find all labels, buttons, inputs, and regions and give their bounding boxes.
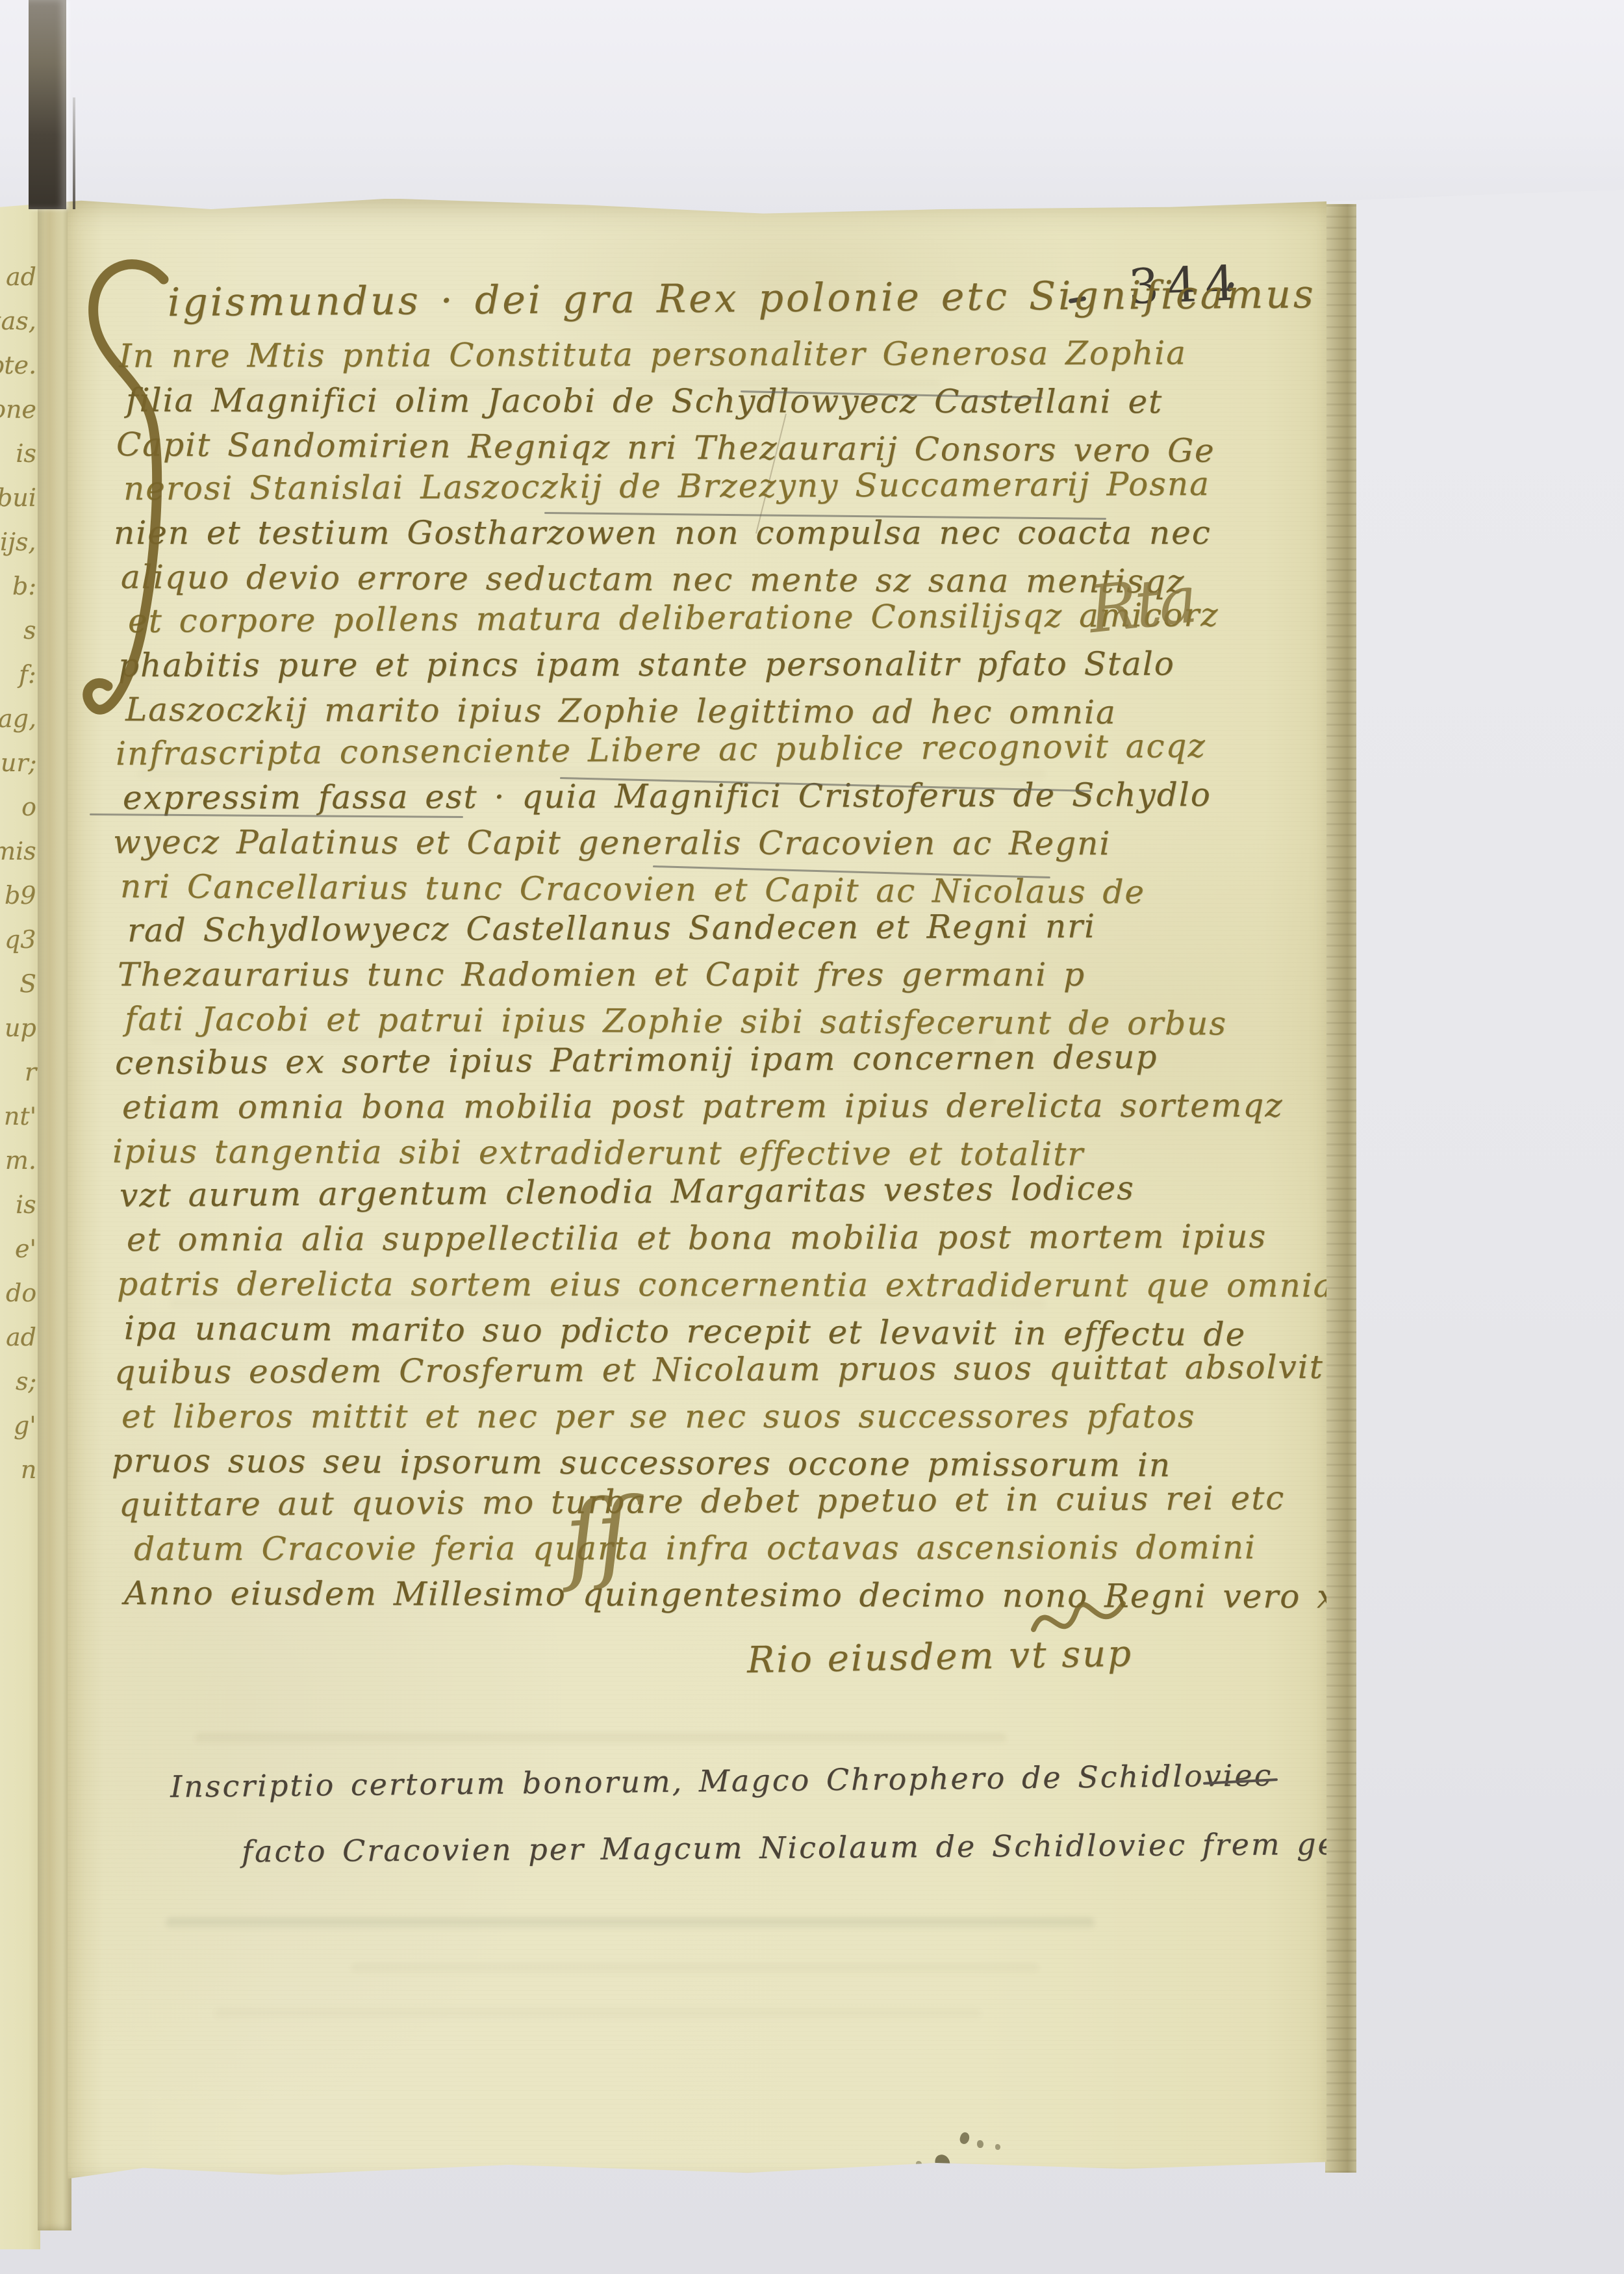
text-line: Capit Sandomirien Regniqz nri Thezaurari… [116, 428, 1215, 467]
marginal-mark: Rta [1085, 561, 1198, 648]
inscription-line-2: facto Cracovien per Magcum Nicolaum de S… [242, 1825, 1473, 1869]
cover-sheet [0, 0, 1624, 216]
facing-page-text-fragment: g' [14, 1411, 36, 1440]
text-line: patris derelicta sortem eius concernenti… [117, 1268, 1334, 1302]
facing-page-text-fragment: b9 [5, 881, 36, 910]
descender-flourish: ſſ [561, 1478, 631, 1595]
text-line: aliquo devio errore seductam nec mente s… [121, 561, 1186, 598]
text-line: ipa unacum marito suo pdicto recepit et … [124, 1312, 1246, 1351]
text-line: Thezaurarius tunc Radomien et Capit fres… [118, 958, 1085, 991]
show-through-line [169, 1299, 1046, 1310]
facing-page-text-fragment: ione [0, 395, 36, 424]
binding-edge-line [73, 97, 75, 209]
show-through-line [162, 380, 942, 390]
text-line: nien et testium Gostharzowen non compuls… [114, 517, 1212, 549]
text-line: et liberos mittit et nec per se nec suos… [121, 1400, 1195, 1433]
show-through-line [195, 1733, 1007, 1744]
ink-smudge [916, 2161, 922, 2167]
facing-page-text-fragment: up [5, 1014, 36, 1042]
facing-page-text-fragment: do [6, 1279, 36, 1307]
text-line: vzt aurum argentum clenodia Margaritas v… [120, 1172, 1135, 1212]
text-line: rad Schydlowyecz Castellanus Sandecen et… [127, 910, 1096, 947]
text-line: wyecz Palatinus et Capit generalis Craco… [113, 826, 1111, 860]
show-through-line [166, 1918, 1095, 1928]
facing-page-text-fragment: ptas, [0, 307, 36, 335]
facing-page-text-fragment: S [19, 969, 36, 998]
facing-page-text-fragment: e' [15, 1234, 36, 1263]
facing-page-text-fragment: ijs, [0, 528, 36, 556]
facing-page-text-fragment: f: [19, 660, 36, 689]
inscription-line-1: Inscriptio certorum bonorum, Magco Chrop… [170, 1757, 1273, 1804]
ink-smudge [958, 2131, 971, 2145]
text-line: Laszoczkij marito ipius Zophie legittimo… [125, 693, 1117, 728]
text-line: In nre Mtis pntia Constituta personalite… [119, 337, 1187, 372]
text-line: Anno eiusdem Millesimo quingentesimo dec… [124, 1577, 1383, 1613]
text-line: quibus eosdem Crosferum et Nicolaum pruo… [114, 1351, 1324, 1388]
facing-page-text-fragment: o [21, 793, 36, 821]
binding-strip [29, 0, 66, 209]
text-line: nerosi Stanislai Laszoczkij de Brzezyny … [123, 468, 1210, 505]
facing-page-text-fragment: ad [6, 1323, 36, 1351]
text-line: infrascripta consenciente Libere ac publ… [116, 730, 1206, 770]
facing-page-text-fragment: m. [5, 1146, 36, 1175]
text-line: pruos suos seu ipsorum successores occon… [112, 1444, 1171, 1481]
text-line: expressim fassa est · quia Magnifici Cri… [123, 778, 1212, 814]
facing-page-text-fragment: mis [0, 837, 36, 865]
show-through-line [214, 2009, 981, 2019]
show-through-line [149, 1035, 994, 1045]
show-through-line [136, 770, 1046, 780]
document-scan: adptas,pte.ioneisbuiijs,b:sf:ag,ur;omisb… [0, 0, 1624, 2274]
text-line: et omnia alia suppellectilia et bona mob… [127, 1220, 1267, 1256]
text-line: censibus ex sorte ipius Patrimonij ipam … [115, 1041, 1158, 1079]
show-through-line [351, 1963, 1039, 1974]
facing-page-text-fragment: s [23, 616, 36, 645]
ink-smudge [933, 2153, 952, 2173]
facing-page-text-fragment: is [16, 1190, 36, 1219]
ink-smudge [952, 2169, 960, 2175]
facing-page-text-fragment: q3 [5, 925, 36, 954]
text-line: phabitis pure et pincs ipam stante perso… [118, 648, 1175, 682]
facing-page-text-fragment: ag, [0, 704, 36, 733]
facing-page-text-fragment: b: [12, 572, 36, 600]
manuscript-page: 344 igismundus · dei gra Rex polonie etc… [68, 199, 1326, 2182]
page-block-edge [1325, 204, 1356, 2173]
ink-smudge [995, 2144, 1000, 2150]
facing-page-text-fragment: n [20, 1455, 36, 1484]
text-line: etiam omnia bona mobilia post patrem ipi… [122, 1089, 1284, 1123]
facing-page-text-fragment: is [16, 439, 36, 468]
ink-smudge [977, 2140, 983, 2148]
facing-page-text-fragment: nt' [4, 1102, 36, 1131]
text-line: datum Cracovie feria quarta infra octava… [134, 1531, 1256, 1565]
facing-page-text-fragment: s; [16, 1367, 36, 1396]
facing-page-text-fragment: pte. [0, 351, 36, 379]
text-line: quittare aut quovis mo turbare debet ppe… [119, 1482, 1286, 1521]
facing-page-text-fragment: r [25, 1058, 36, 1086]
facing-page-text-fragment: ad [6, 262, 36, 291]
text-line: et corpore pollens matura deliberatione … [128, 598, 1219, 637]
relatio-note: Rio eiusdem vt sup [746, 1633, 1133, 1681]
facing-page-text-fragment: bui [0, 483, 36, 512]
initial-letter-s [58, 253, 182, 754]
text-line: ipius tangentia sibi extradiderunt effec… [112, 1135, 1084, 1170]
book-gutter [38, 194, 71, 2230]
facing-page-sliver: adptas,pte.ioneisbuiijs,b:sf:ag,ur;omisb… [0, 196, 40, 2249]
facing-page-text-fragment: ur; [0, 748, 36, 777]
text-line: fati Jacobi et patrui ipius Zophie sibi … [125, 1003, 1227, 1040]
